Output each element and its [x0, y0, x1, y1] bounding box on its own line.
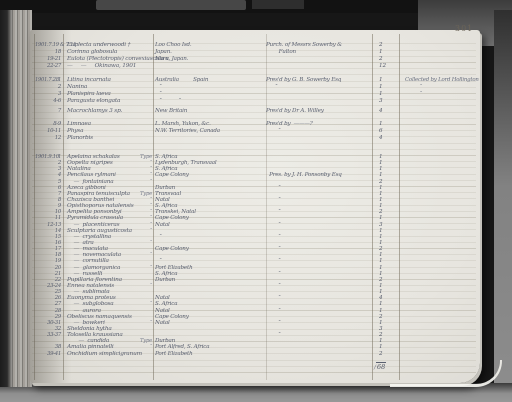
desk-object [252, 0, 304, 9]
count-cell: 2 [372, 56, 399, 62]
species-name-cell: Sculptaria augusticosta″ [63, 228, 153, 234]
species-name-cell: Opisthoporus natalensis″ [63, 203, 153, 209]
specimen-number: 25 [55, 289, 61, 295]
specimen-number: 18 [55, 49, 61, 55]
count-cell: 2 [372, 351, 399, 357]
how-obtained-cell: Purch. of Messrs Sowerby & [266, 42, 372, 48]
how-obtained-cell: ″ [266, 258, 372, 264]
specimen-number: 32 [55, 326, 61, 332]
species-name-cell: — aurora [63, 308, 153, 314]
type-mark: ″ [150, 301, 152, 307]
how-obtained-cell: ″ [266, 84, 372, 90]
entry-block: 7Macrochlamys 3 sp.New BritainPres'd by … [30, 108, 480, 115]
table-surface [494, 10, 512, 402]
locality-cell: Cape Colony [153, 215, 266, 221]
specimen-number: 33-37 [47, 332, 61, 338]
date-cell: 1901.9.101 [35, 154, 63, 160]
how-obtained-cell: ″ [266, 222, 372, 228]
remarks-cell: ″ [399, 84, 485, 90]
specimen-number: 7 [58, 108, 61, 114]
species-name-cell: Pupillaria florentina [63, 277, 153, 283]
species-name-cell: Corinna globosula [63, 49, 153, 55]
locality-cell: Natal [153, 197, 266, 203]
type-mark: ″ [150, 240, 152, 246]
specimen-number: 15 [55, 234, 61, 240]
total-count: ∕68 [374, 363, 386, 371]
species-name-cell: Oopelta nigripes″ [63, 160, 153, 166]
locality-cell: Durban [153, 185, 266, 191]
count-cell: 1 [372, 49, 399, 55]
specimen-number: 12 [55, 135, 61, 141]
species-name-cell: — — Okinawa, 1901 [63, 63, 153, 69]
count-cell: 1 [372, 215, 399, 221]
specimen-number: 11 [55, 215, 61, 221]
specimen-number: 27 [55, 301, 61, 307]
species-name-cell: Planorbis [63, 135, 153, 141]
how-obtained-cell: ″ [266, 295, 372, 301]
species-name-cell: Pyramidula crassula″ [63, 215, 153, 221]
locality-cell: S. Africa [153, 301, 266, 307]
locality-cell: Port Elizabeth [153, 265, 266, 271]
specimen-number: 30-31 [47, 320, 61, 326]
type-mark: ″ [150, 252, 152, 258]
count-cell: 2 [372, 332, 399, 338]
type-mark: ″ [150, 209, 152, 215]
how-obtained-cell: ″ [266, 234, 372, 240]
remarks-cell: ″ [399, 91, 485, 97]
register-row: 4-6Paragusta elongata ″ ″3 [30, 98, 480, 105]
specimen-number: 21 [55, 271, 61, 277]
how-obtained-cell: Pres'd by ———? [266, 121, 372, 127]
species-name-cell: Panaspira tenuisculptaType [63, 191, 153, 197]
specimen-number: 18 [55, 252, 61, 258]
desk-object [96, 0, 246, 10]
species-name-cell: Macrochlamys 3 sp. [63, 108, 153, 114]
locality-cell: S. Africa [153, 154, 266, 160]
species-name-cell: — maculata [63, 246, 153, 252]
how-obtained-cell: Pres'd by Dr A. Willey [266, 108, 372, 114]
count-cell: 3 [372, 326, 399, 332]
species-name-cell: — subglobosa″ [63, 301, 153, 307]
entry-block: 8-9LimnaeaL. Marsh, Yukon, &c.Pres'd by … [30, 121, 480, 142]
how-obtained-cell: ″ [266, 209, 372, 215]
count-cell: 1 [372, 338, 399, 344]
locality-cell: N.W. Territories, Canada [153, 128, 266, 134]
count-cell: 2 [372, 246, 399, 252]
register-row: 12Planorbis4 [30, 135, 480, 142]
count-cell: 2 [372, 209, 399, 215]
type-mark: ″ [150, 172, 152, 178]
entries-layer: 301 ∕68 1901.7.19 & 7.11Euplecta underwo… [30, 30, 480, 383]
count-cell: 1 [372, 154, 399, 160]
locality-cell: ″ [153, 91, 266, 97]
species-name-cell: Litina incarnata [63, 77, 153, 83]
species-name-cell: Limnaea [63, 121, 153, 127]
species-name-cell: — fontainiana″ [63, 179, 153, 185]
specimen-number: 23-24 [47, 283, 61, 289]
locality-cell: Transvaal [153, 191, 266, 197]
count-cell: 1 [372, 166, 399, 172]
specimen-number: 20 [55, 265, 61, 271]
register-row: 8-9LimnaeaL. Marsh, Yukon, &c.Pres'd by … [30, 121, 480, 128]
date-cell: 1901.7.281 [35, 77, 63, 83]
register-row: 22-27— — Okinawa, 190112 [30, 63, 480, 70]
specimen-number: 39-41 [47, 351, 61, 357]
species-name-cell: Eulota (Plectotropis) convexiuscula v. [63, 56, 153, 62]
specimen-number: 5 [58, 179, 61, 185]
date-cell: 1901.7.19 & 7.11 [35, 42, 63, 48]
specimen-number: 2 [58, 84, 61, 90]
count-cell: 1 [372, 240, 399, 246]
register-row: 3Planispira laeva ″1 ″ [30, 91, 480, 98]
count-cell: 4 [372, 108, 399, 114]
specimen-number: 26 [55, 295, 61, 301]
count-cell: 1 [372, 301, 399, 307]
count-cell: 1 [372, 308, 399, 314]
count-cell: 4 [372, 135, 399, 141]
register-row: 19-21Eulota (Plectotropis) convexiuscula… [30, 56, 480, 63]
specimen-number: 10 [55, 209, 61, 215]
count-cell: 1 [372, 289, 399, 295]
type-mark: ″ [150, 179, 152, 185]
species-name-cell: Onchidium simplicigranum [63, 351, 153, 357]
total-value: 68 [376, 362, 386, 371]
specimen-number: 10-11 [47, 128, 61, 134]
how-obtained-cell: ″ [266, 308, 372, 314]
type-mark: ″ [150, 215, 152, 221]
specimen-number: 17 [55, 246, 61, 252]
specimen-number: 3 [58, 166, 61, 172]
locality-cell: S. Africa [153, 271, 266, 277]
count-cell: 1 [372, 271, 399, 277]
count-cell: 2 [372, 314, 399, 320]
how-obtained-cell: ″ [266, 246, 372, 252]
count-cell: 2 [372, 42, 399, 48]
locality-cell: ″ [153, 84, 266, 90]
type-mark: ″ [150, 228, 152, 234]
locality-cell: Lydenburgh, Transvaal [153, 160, 266, 166]
count-cell: 1 [372, 77, 399, 83]
count-cell: 1 [372, 91, 399, 97]
specimen-number: 4-6 [53, 98, 61, 104]
locality-cell: Port Alfred, S. Africa [153, 344, 266, 350]
species-name-cell: Obeliscus namaquensis [63, 314, 153, 320]
remarks-cell: Collected by Lord Hollington [399, 77, 485, 83]
species-name-cell: — cornutilla [63, 258, 153, 264]
species-name-cell: Euonyma proteus [63, 295, 153, 301]
specimen-number: 19-21 [47, 56, 61, 62]
type-mark: ″ [150, 344, 152, 350]
count-cell: 1 [372, 252, 399, 258]
ledger-page: 301 ∕68 1901.7.19 & 7.11Euplecta underwo… [30, 30, 480, 383]
entry-block: 1901.7.19 & 7.11Euplecta underwoodi †Loo… [30, 42, 480, 70]
count-cell: 1 [372, 283, 399, 289]
specimen-number: 16 [55, 240, 61, 246]
count-cell: 1 [372, 84, 399, 90]
entry-block: 1901.9.101Apelaina schakalasTypeS. Afric… [30, 154, 480, 357]
species-name-cell: — glamorganica″ [63, 265, 153, 271]
type-mark: Type [140, 338, 152, 344]
locality-cell: Cape Colony [153, 314, 266, 320]
count-cell: 12 [372, 63, 399, 69]
specimen-number: 2 [58, 160, 61, 166]
locality-cell: New Britain [153, 108, 266, 114]
type-mark: Type [140, 154, 152, 160]
locality-cell: S. Africa [153, 203, 266, 209]
locality-cell: Natal [153, 320, 266, 326]
count-cell: 1 [372, 185, 399, 191]
specimen-number: 22 [55, 277, 61, 283]
count-cell: 1 [372, 203, 399, 209]
species-name-cell: Physa [63, 128, 153, 134]
register-row: 39-41Onchidium simplicigranumPort Elizab… [30, 351, 480, 357]
species-name-cell: — placenticeras″ [63, 222, 153, 228]
specimen-number: 12-13 [47, 222, 61, 228]
specimen-number: 7 [58, 191, 61, 197]
species-name-cell: Nanina [63, 84, 153, 90]
locality-cell: Loo Choo Isd. [153, 42, 266, 48]
locality-cell: Transkei, Natal [153, 209, 266, 215]
count-cell: 4 [372, 295, 399, 301]
locality-cell: Cape Colony [153, 246, 266, 252]
ledger-photo: 301 ∕68 1901.7.19 & 7.11Euplecta underwo… [0, 0, 512, 402]
specimen-number: 22-27 [47, 63, 61, 69]
locality-cell: Durban [153, 338, 266, 344]
specimen-number: 1 [58, 154, 61, 160]
count-cell: 1 [372, 191, 399, 197]
species-name-cell: Tolosella kraussiana [63, 332, 153, 338]
species-name-cell: Amalia pinnatelli″ [63, 344, 153, 350]
how-obtained-cell: ″ [266, 185, 372, 191]
how-obtained-cell: Pres. by J. H. Ponsonby Esq [266, 172, 372, 178]
type-mark: ″ [150, 320, 152, 326]
species-name-cell: — russelli [63, 271, 153, 277]
locality-cell: Port Elizabeth [153, 351, 266, 357]
register-row: 1901.7.281Litina incarnataAustralia Spai… [30, 77, 480, 84]
specimen-number: 29 [55, 314, 61, 320]
species-name-cell: Chazisca banthei″ [63, 197, 153, 203]
how-obtained-cell: ″ [266, 197, 372, 203]
locality-cell: ″ [153, 258, 266, 264]
species-name-cell: Paragusta elongata [63, 98, 153, 104]
specimen-number: 8-9 [53, 121, 61, 127]
how-obtained-cell: ″ [266, 128, 372, 134]
book-page-edges [0, 10, 32, 387]
count-cell: 3 [372, 98, 399, 104]
species-name-cell: Ennea natalensis″ [63, 283, 153, 289]
register-row: 10-11PhysaN.W. Territories, Canada ″6 [30, 128, 480, 135]
count-cell: 1 [372, 344, 399, 350]
count-cell: 3 [372, 222, 399, 228]
entry-block: 1901.7.281Litina incarnataAustralia Spai… [30, 77, 480, 105]
specimen-number: 9 [58, 203, 61, 209]
how-obtained-cell: Fulton [266, 49, 372, 55]
type-mark: ″ [150, 160, 152, 166]
locality-cell: Japan. [153, 49, 266, 55]
count-cell: 1 [372, 265, 399, 271]
locality-cell: Australia Spain [153, 77, 266, 83]
locality-cell: Natal [153, 308, 266, 314]
count-cell: 1 [372, 234, 399, 240]
type-mark: ″ [150, 265, 152, 271]
specimen-number: 38 [55, 344, 61, 350]
species-name-cell: — novemaculata″ [63, 252, 153, 258]
specimen-number: 1 [58, 77, 61, 83]
specimen-number: 19 [55, 258, 61, 264]
locality-cell: L. Marsh, Yukon, &c. [153, 121, 266, 127]
register-row: 1901.7.19 & 7.11Euplecta underwoodi †Loo… [30, 42, 480, 49]
count-cell: 2 [372, 179, 399, 185]
count-cell: 1 [372, 228, 399, 234]
count-cell: 1 [372, 258, 399, 264]
species-name-cell: Natalina″ [63, 166, 153, 172]
species-name-cell: Sheldonia hytha [63, 326, 153, 332]
how-obtained-cell: ″ [266, 271, 372, 277]
species-name-cell: Ampelita ponsonbyi″ [63, 209, 153, 215]
count-cell: 1 [372, 121, 399, 127]
species-name-cell: Planispira laeva [63, 91, 153, 97]
type-mark: ″ [150, 203, 152, 209]
locality-cell: Natal [153, 222, 266, 228]
count-cell: 1 [372, 160, 399, 166]
species-name-cell: Pencilaus rylmani″ [63, 172, 153, 178]
species-name-cell: — candidaType [63, 338, 153, 344]
type-mark: ″ [150, 283, 152, 289]
type-mark: ″ [150, 222, 152, 228]
count-cell: 6 [372, 128, 399, 134]
count-cell: 1 [372, 320, 399, 326]
locality-cell: ″ ″ [153, 98, 266, 104]
type-mark: Type [140, 191, 152, 197]
species-name-cell: — bowkeri″ [63, 320, 153, 326]
species-name-cell: Azeca gibboni [63, 185, 153, 191]
specimen-number: 8 [58, 197, 61, 203]
specimen-number: 28 [55, 308, 61, 314]
specimen-number: 3 [58, 91, 61, 97]
species-name-cell: — atra″ [63, 240, 153, 246]
locality-cell: Durban [153, 277, 266, 283]
register-row: 2Nanina ″ ″1 ″ [30, 84, 480, 91]
specimen-number: 4 [58, 172, 61, 178]
locality-cell: Natal [153, 295, 266, 301]
locality-cell: Cape Colony [153, 172, 266, 178]
how-obtained-cell: Pres'd by G. B. Sowerby Esq [266, 77, 372, 83]
species-name-cell: — sublimata [63, 289, 153, 295]
locality-cell: ″ [153, 234, 266, 240]
how-obtained-cell: ″ [266, 332, 372, 338]
count-cell: 1 [372, 172, 399, 178]
specimen-number: 6 [58, 185, 61, 191]
species-name-cell: Apelaina schakalasType [63, 154, 153, 160]
species-name-cell: Euplecta underwoodi † [63, 42, 153, 48]
type-mark: ″ [150, 197, 152, 203]
register-row: 18Corinna globosulaJapan. Fulton1 [30, 49, 480, 56]
page-number: 301 [455, 24, 473, 33]
type-mark: ″ [150, 166, 152, 172]
how-obtained-cell: ″ [266, 283, 372, 289]
count-cell: 1 [372, 197, 399, 203]
species-name-cell: — crystallina [63, 234, 153, 240]
locality-cell: S. Africa [153, 166, 266, 172]
count-cell: 2 [372, 277, 399, 283]
specimen-number: 14 [55, 228, 61, 234]
how-obtained-cell: ″ [266, 320, 372, 326]
register-row: 7Macrochlamys 3 sp.New BritainPres'd by … [30, 108, 480, 115]
